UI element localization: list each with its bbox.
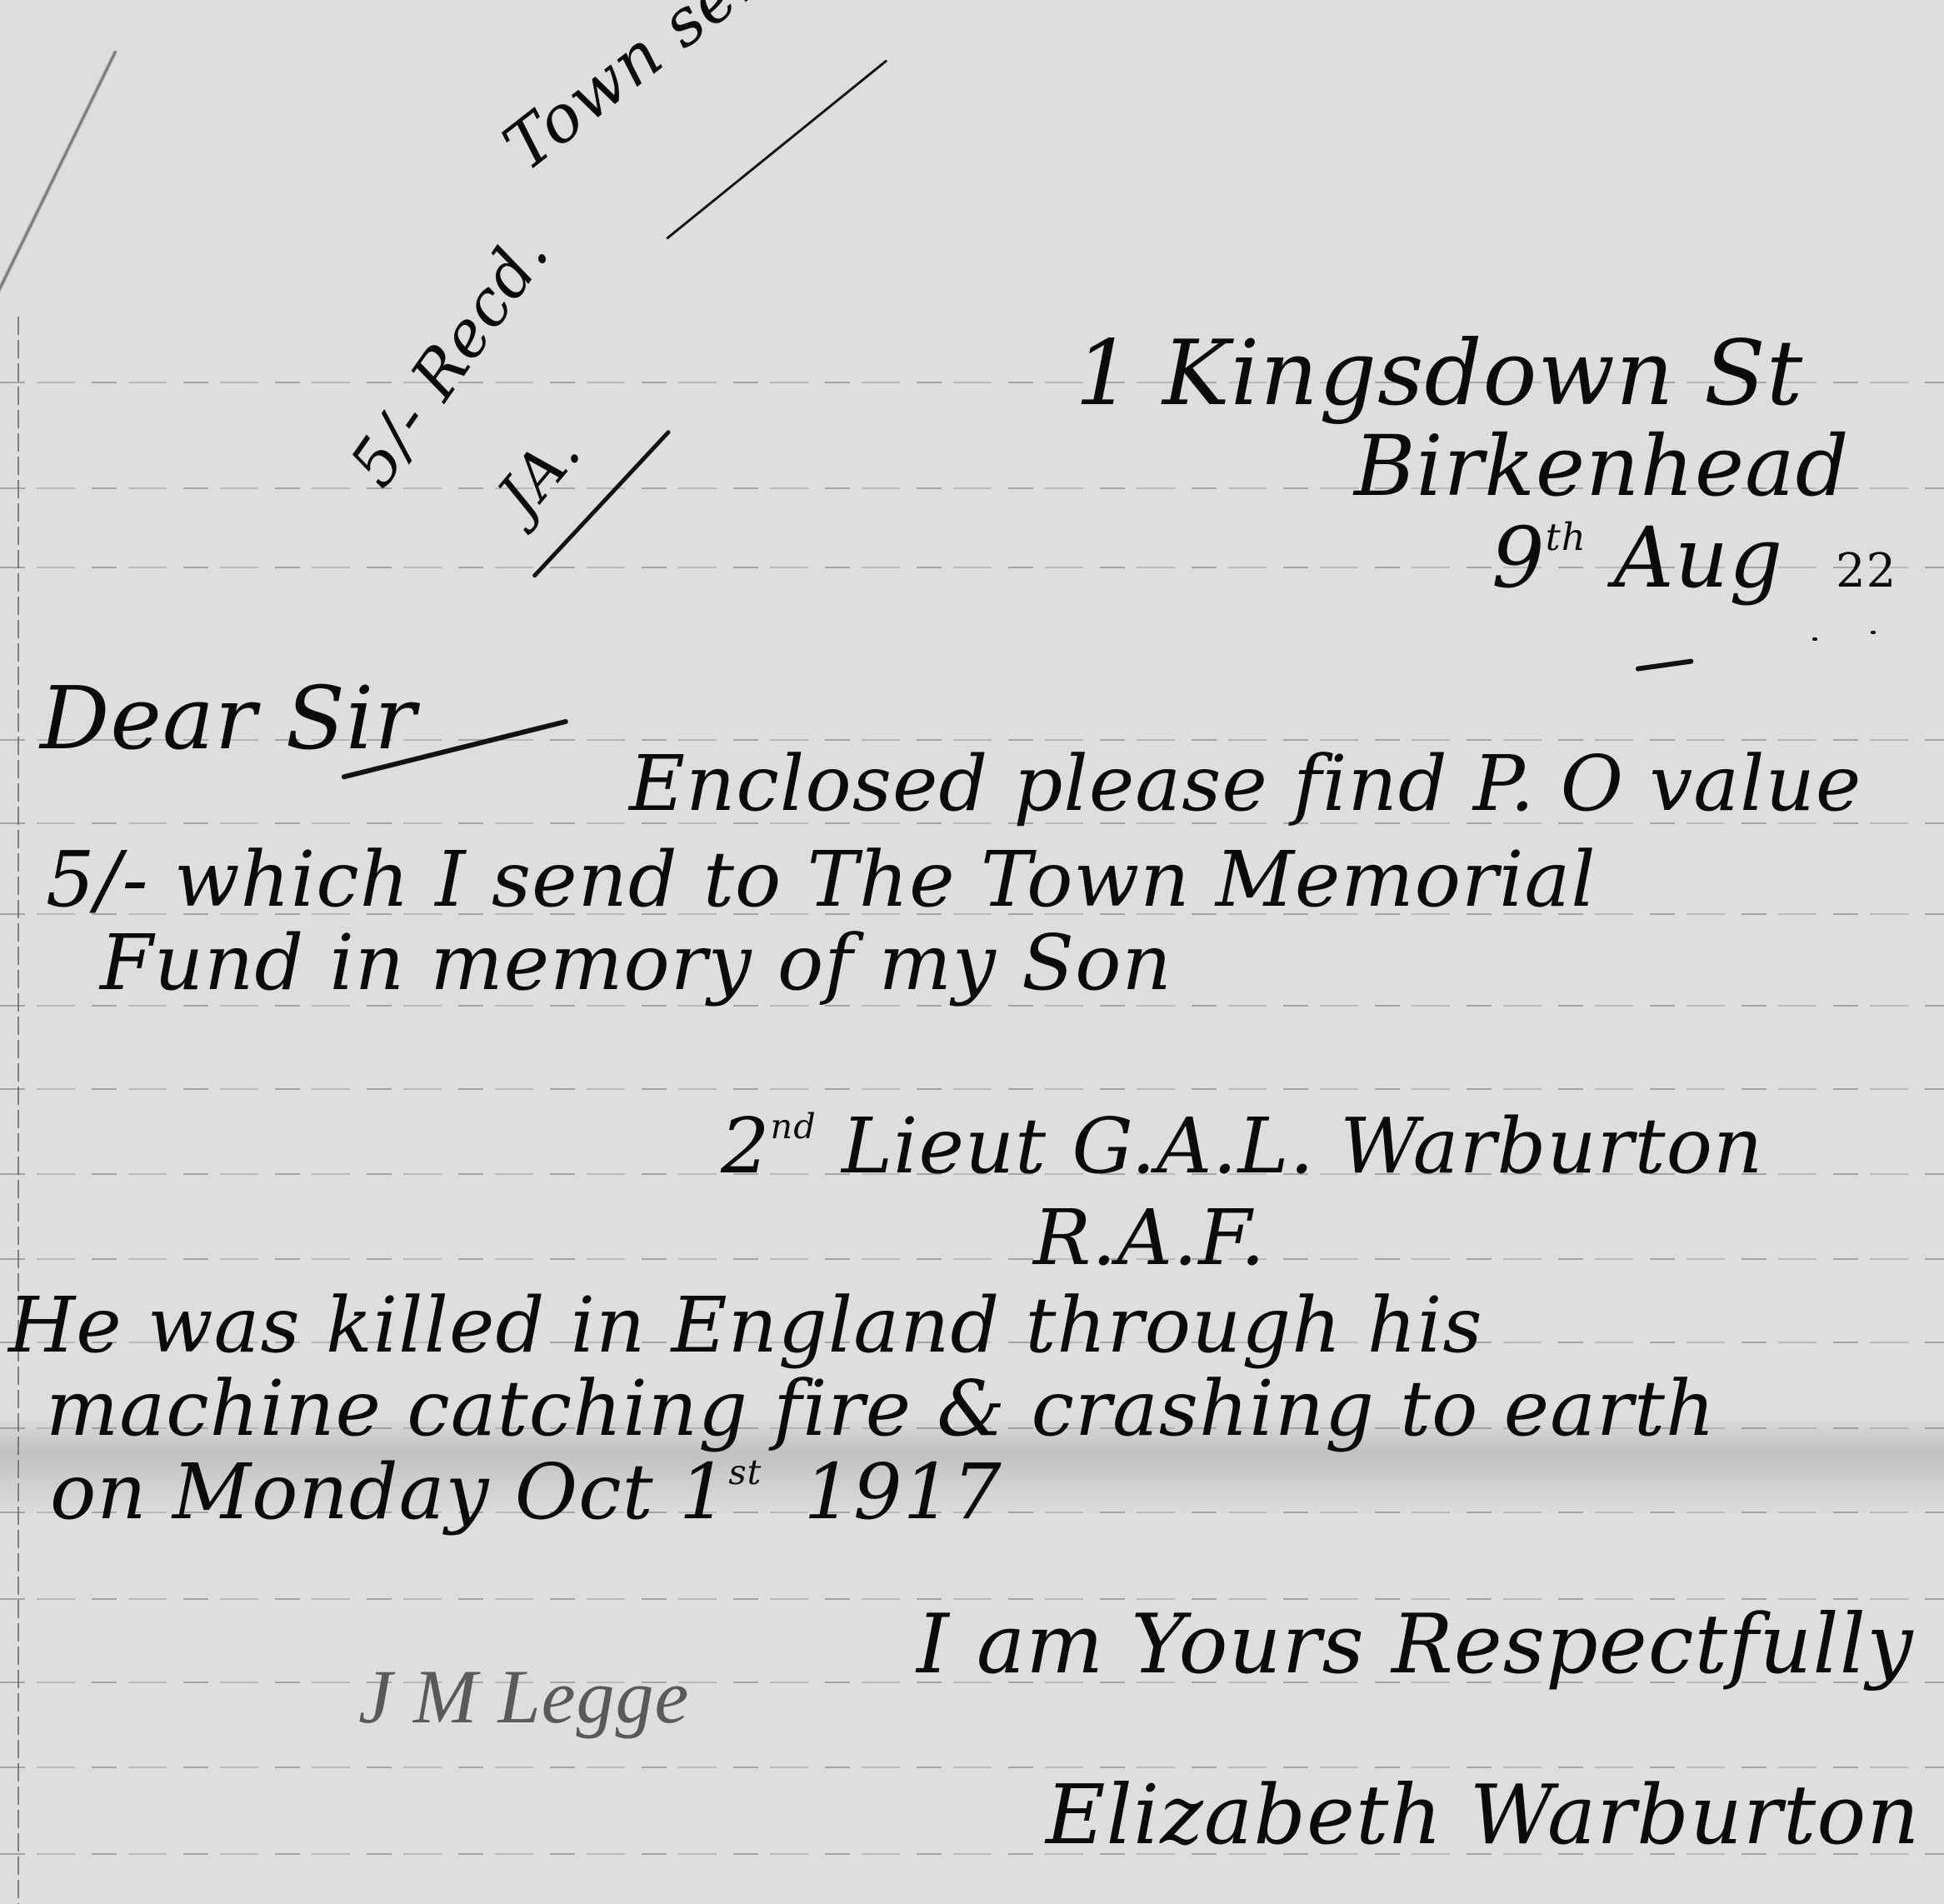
margin-line — [17, 317, 19, 1904]
body-line-2: 5/- which I send to The Town Memorial — [46, 842, 1597, 918]
address-line-1: 1 Kingsdown St — [1075, 329, 1803, 419]
ink-speck — [1871, 631, 1876, 634]
salutation: Dear Sir — [40, 675, 417, 762]
rank-name: Lieut G.A.L. Warburton — [842, 1102, 1763, 1191]
annotation-initials: JA. — [487, 420, 591, 527]
body-line-5: machine catching fire & crashing to eart… — [46, 1371, 1716, 1447]
date-of-death-suffix: st — [728, 1452, 762, 1492]
ink-speck — [1812, 637, 1817, 641]
address-line-2: Birkenhead — [1354, 425, 1850, 508]
letter-page: Town sent. 5/- Recd. JA. 1 Kingsdown St … — [0, 0, 1944, 1904]
son-unit: R.A.F. — [1033, 1200, 1266, 1277]
annotation-underline — [666, 59, 887, 239]
pencil-initials: J M Legge — [358, 1658, 689, 1735]
body-line-4: He was killed in England through his — [8, 1287, 1483, 1364]
date-of-death-year: 1917 — [804, 1447, 1002, 1537]
ink-mark — [1636, 658, 1694, 672]
date-day: 9 — [1492, 509, 1546, 607]
son-rank-name: 2nd Lieut G.A.L. Warburton — [721, 1108, 1763, 1185]
closing: I am Yours Respectfully — [917, 1604, 1913, 1686]
rank-suffix: nd — [771, 1107, 817, 1147]
date-month: Aug — [1614, 509, 1784, 607]
ruled-line — [0, 1258, 1944, 1260]
date-year: 22 — [1836, 544, 1897, 598]
body-line-3: Fund in memory of my Son — [100, 925, 1172, 1002]
body-line-6: on Monday Oct 1st 1917 — [50, 1454, 1002, 1531]
rank-prefix: 2 — [721, 1102, 771, 1191]
date-suffix: th — [1546, 515, 1587, 559]
letter-date: 9th Aug 22 — [1492, 517, 1897, 600]
body-line-1: Enclosed please find P. O value — [629, 746, 1862, 822]
date-of-death: on Monday Oct 1 — [50, 1447, 728, 1537]
ruled-line — [0, 1088, 1944, 1090]
signature: Elizabeth Warburton — [1046, 1775, 1920, 1857]
